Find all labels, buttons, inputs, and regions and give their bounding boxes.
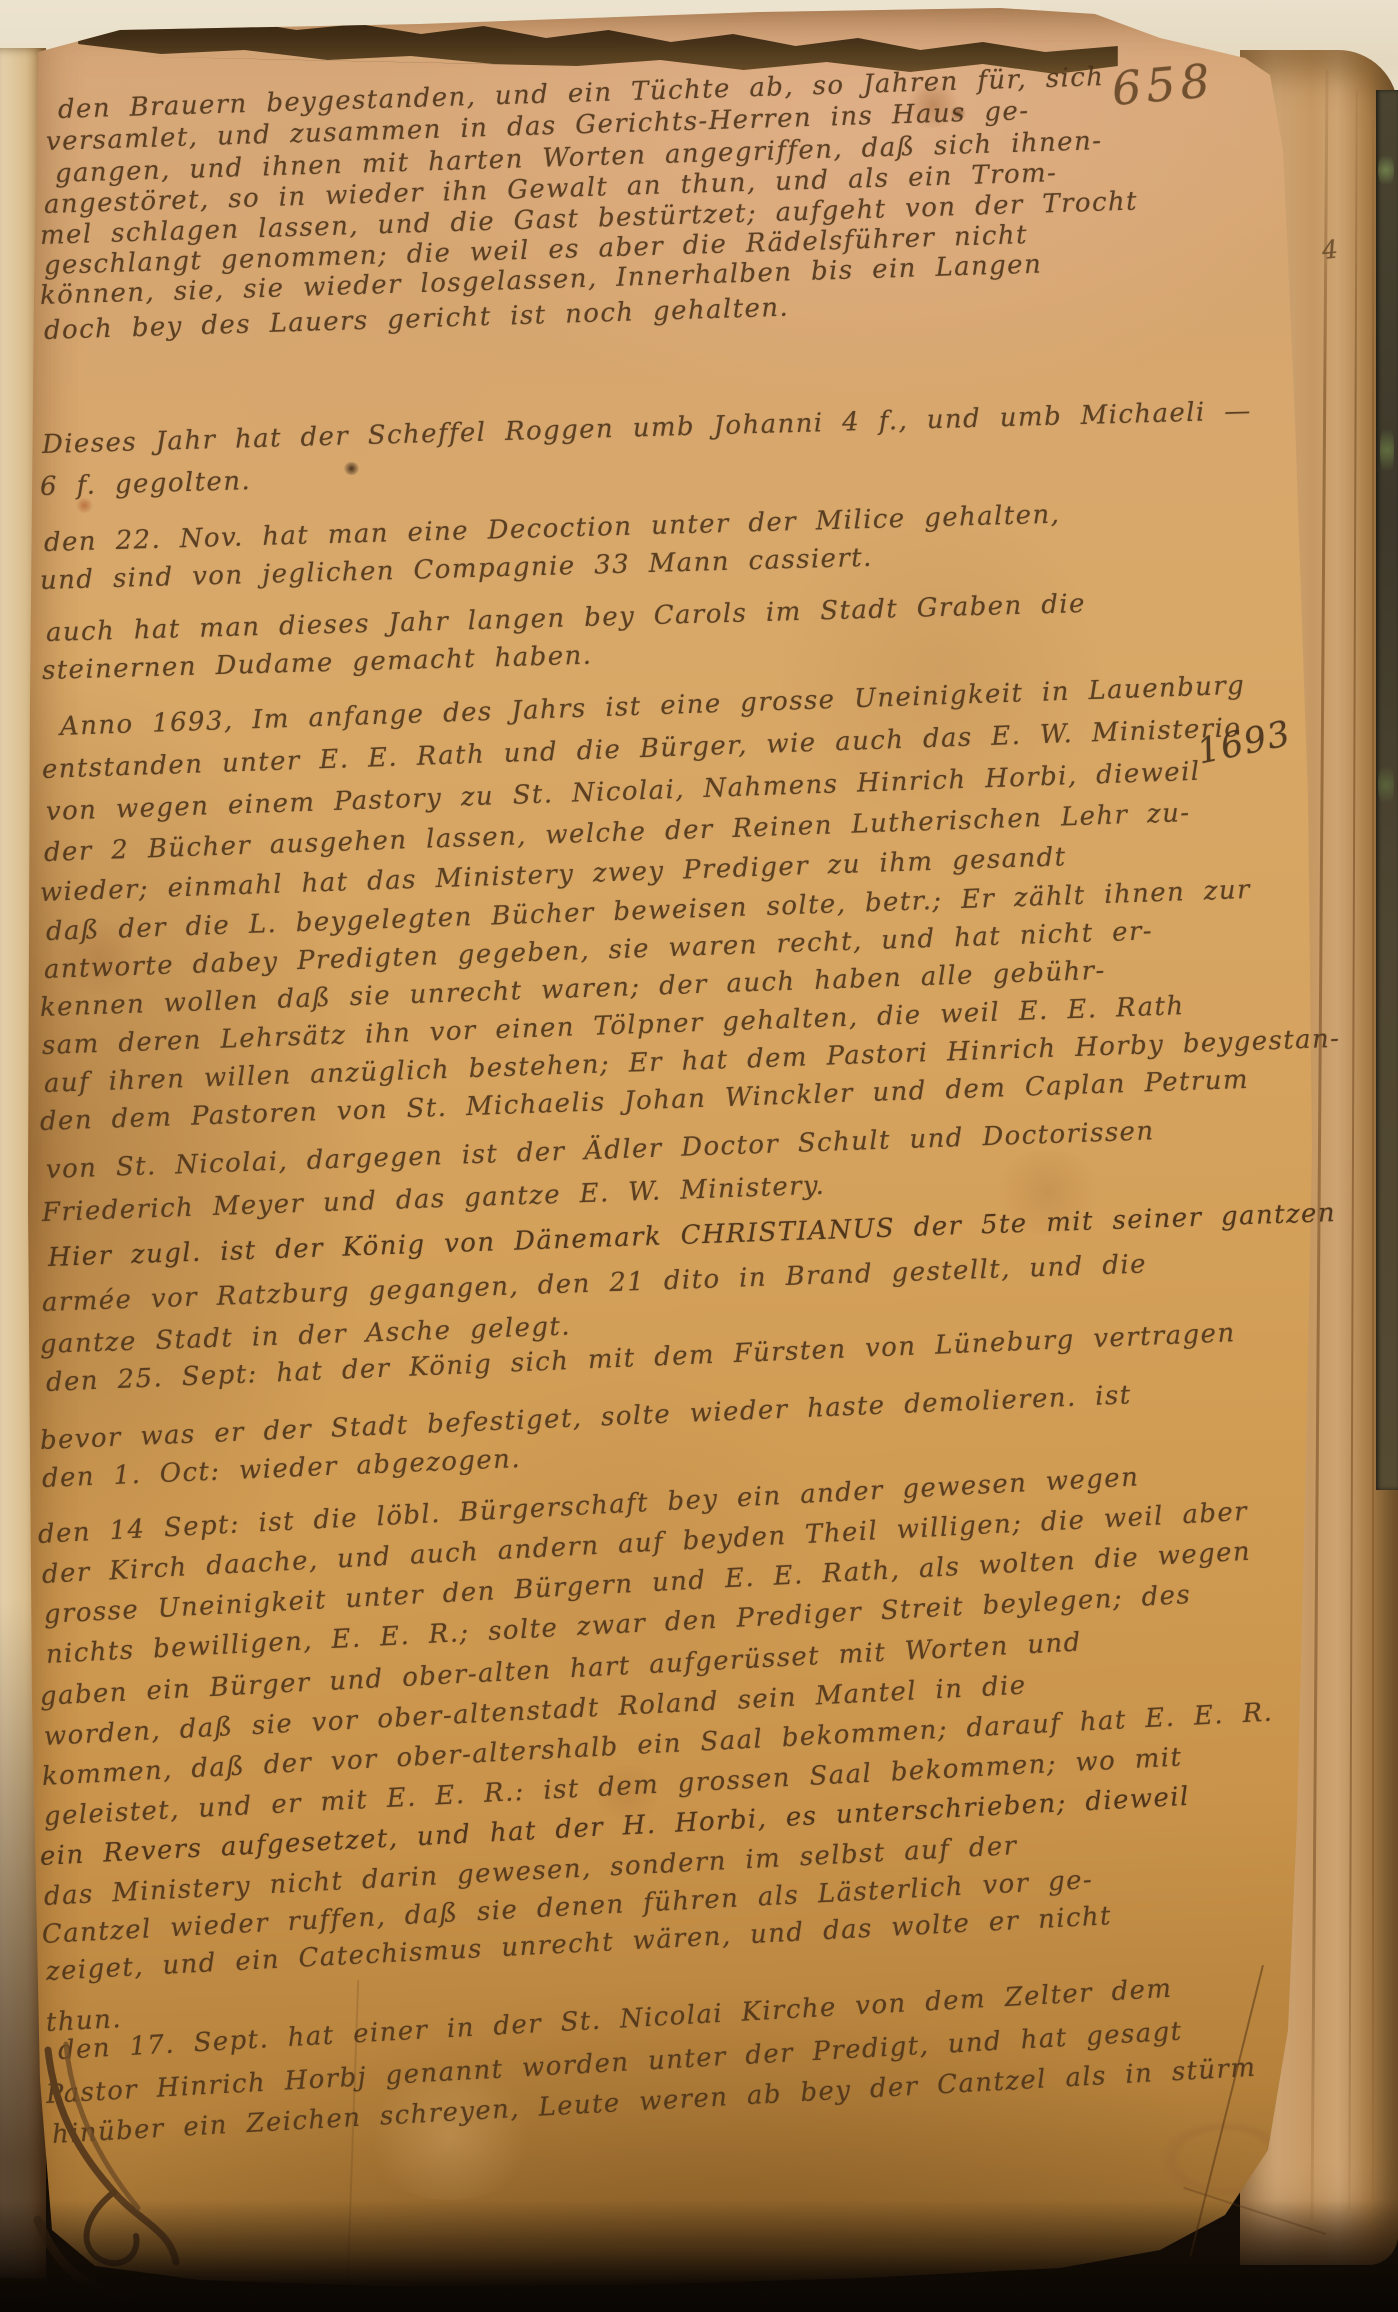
scan-surface-bottom-shadow: [0, 2200, 1398, 2312]
manuscript-line: den 22. Nov. hat man eine Decoction unte…: [44, 500, 1061, 558]
handwriting-layer: 658 1693 4 den Brauern beygestanden, und…: [0, 0, 1398, 2312]
manuscript-lines: den Brauern beygestanden, und ein Tüchte…: [0, 0, 1398, 2312]
manuscript-line: steinernen Dudame gemacht haben.: [42, 641, 593, 686]
manuscript-line: 6 f. gegolten.: [40, 466, 252, 502]
manuscript-line: Dieses Jahr hat der Scheffel Roggen umb …: [42, 396, 1252, 460]
manuscript-line: auch hat man dieses Jahr langen bey Caro…: [46, 589, 1087, 648]
manuscript-photo: 658 1693 4 den Brauern beygestanden, und…: [0, 0, 1398, 2312]
manuscript-line: bevor was er der Stadt befestiget, solte…: [39, 1380, 1132, 1456]
